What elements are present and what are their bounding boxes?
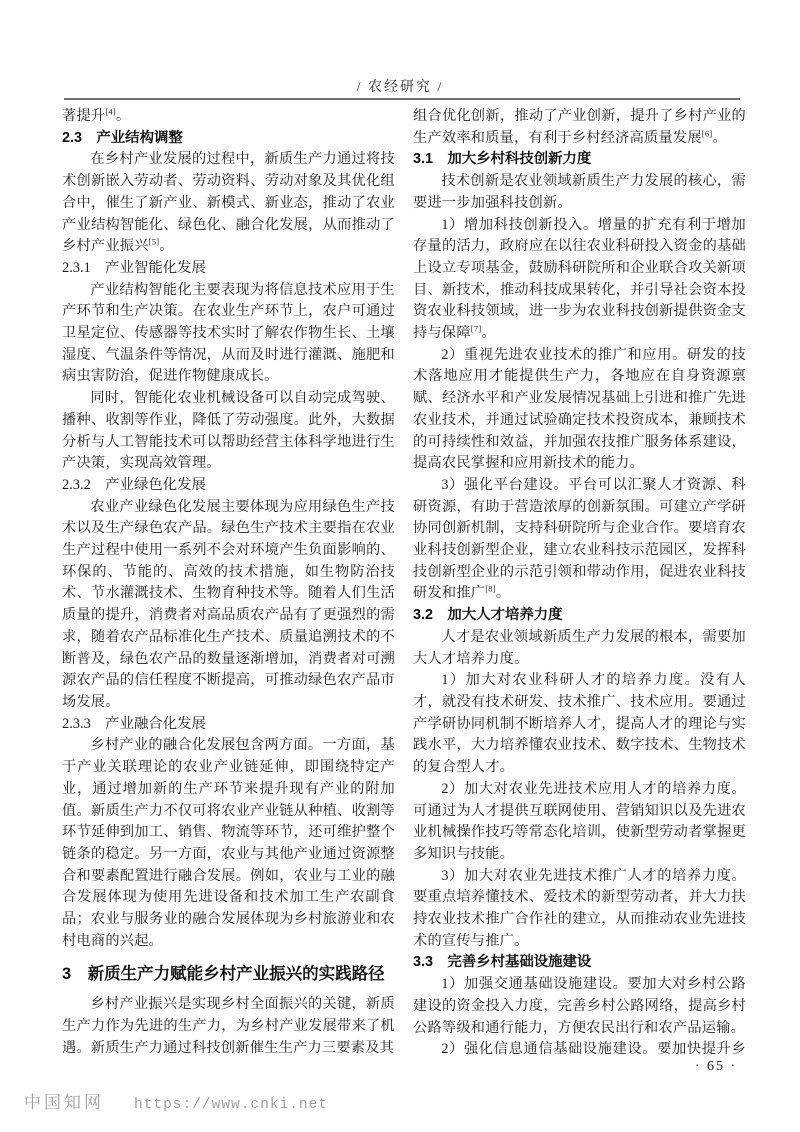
paragraph: 1）加大对农业科研人才的培养力度。没有人才，就没有技术研发、技术推广、技术应用。… bbox=[413, 670, 746, 779]
subsection-heading: 3.1 加大乡村科技创新力度 bbox=[413, 149, 746, 171]
subsection-heading: 3.3 完善乡村基础设施建设 bbox=[413, 952, 746, 974]
subsubsection-heading: 2.3.1 产业智能化发展 bbox=[62, 258, 395, 280]
paragraph: 1）加强交通基础设施建设。要加大对乡村公路建设的资金投入力度，完善乡村公路网络，… bbox=[413, 974, 746, 1039]
paragraph: 乡村产业的融合化发展包含两方面。一方面，基于产业关联理论的农业产业链延伸，即围绕… bbox=[62, 735, 395, 952]
paragraph: 2）重视先进农业技术的推广和应用。研发的技术落地应用才能提供生产力，各地应在自身… bbox=[413, 345, 746, 475]
left-column: 著提升[4]。2.3 产业结构调整在乡村产业发展的过程中，新质生产力通过将技术创… bbox=[62, 106, 395, 1060]
paragraph: 乡村产业振兴是实现乡村全面振兴的关键，新质生产力作为先进的生产力，为乡村产业发展… bbox=[62, 994, 395, 1059]
section-heading: 3 新质生产力赋能乡村产业振兴的实践路径 bbox=[62, 963, 395, 985]
subsubsection-heading: 2.3.3 产业融合化发展 bbox=[62, 714, 395, 736]
footnote-ref: [8] bbox=[485, 584, 496, 594]
article-body: 著提升[4]。2.3 产业结构调整在乡村产业发展的过程中，新质生产力通过将技术创… bbox=[62, 106, 746, 1060]
paragraph: 2）加大对农业先进技术应用人才的培养力度。可通过为人才提供互联网使用、营销知识以… bbox=[413, 779, 746, 866]
paragraph: 在乡村产业发展的过程中，新质生产力通过将技术创新嵌入劳动者、劳动资料、劳动对象及… bbox=[62, 149, 395, 258]
paragraph: 3）加大对农业先进技术推广人才的培养力度。要重点培养懂技术、爱技术的新型劳动者，… bbox=[413, 866, 746, 953]
journal-section-title: / 农经研究 / bbox=[0, 76, 800, 96]
footnote-ref: [5] bbox=[149, 236, 160, 246]
cnki-watermark: 中国知网 https://www.cnki.net bbox=[24, 1088, 328, 1113]
footnote-ref: [6] bbox=[702, 128, 713, 138]
cnki-logo-text: 中国知网 bbox=[24, 1088, 104, 1113]
paragraph: 1）增加科技创新投入。增量的扩充有利于增加存量的活力，政府应在以往农业科研投入资… bbox=[413, 215, 746, 345]
paragraph: 产业结构智能化主要表现为将信息技术应用于生产环节和生产决策。在农业生产环节上，农… bbox=[62, 280, 395, 389]
paragraph: 3）强化平台建设。平台可以汇聚人才资源、科研资源，有助于营造浓厚的创新氛围。可建… bbox=[413, 475, 746, 605]
cnki-url: https://www.cnki.net bbox=[134, 1097, 328, 1113]
page-number: · 65 · bbox=[660, 1059, 772, 1075]
paragraph: 人才是农业领域新质生产力发展的根本，需要加大人才培养力度。 bbox=[413, 627, 746, 670]
paragraph-continuation: 著提升[4]。 bbox=[62, 106, 395, 128]
right-column: 组合优化创新，推动了产业创新，提升了乡村产业的生产效率和质量，有利于乡村经济高质… bbox=[413, 106, 746, 1060]
footnote-ref: [4] bbox=[105, 106, 116, 116]
paragraph: 农业产业绿色化发展主要体现为应用绿色生产技术以及生产绿色农产品。绿色生产技术主要… bbox=[62, 497, 395, 714]
document-page: / 农经研究 / 著提升[4]。2.3 产业结构调整在乡村产业发展的过程中，新质… bbox=[0, 0, 800, 1132]
paragraph: 技术创新是农业领域新质生产力发展的核心，需要进一步加强科技创新。 bbox=[413, 171, 746, 214]
paragraph: 2）强化信息通信基础设施建设。要加快提升乡村 bbox=[413, 1039, 746, 1060]
header-divider bbox=[64, 98, 740, 100]
paragraph-continuation: 组合优化创新，推动了产业创新，提升了乡村产业的生产效率和质量，有利于乡村经济高质… bbox=[413, 106, 746, 149]
subsection-heading: 3.2 加大人才培养力度 bbox=[413, 605, 746, 627]
subsection-heading: 2.3 产业结构调整 bbox=[62, 128, 395, 150]
paragraph: 同时，智能化农业机械设备可以自动完成驾驶、播种、收割等作业，降低了劳动强度。此外… bbox=[62, 388, 395, 475]
footnote-ref: [7] bbox=[471, 323, 482, 333]
subsubsection-heading: 2.3.2 产业绿色化发展 bbox=[62, 475, 395, 497]
